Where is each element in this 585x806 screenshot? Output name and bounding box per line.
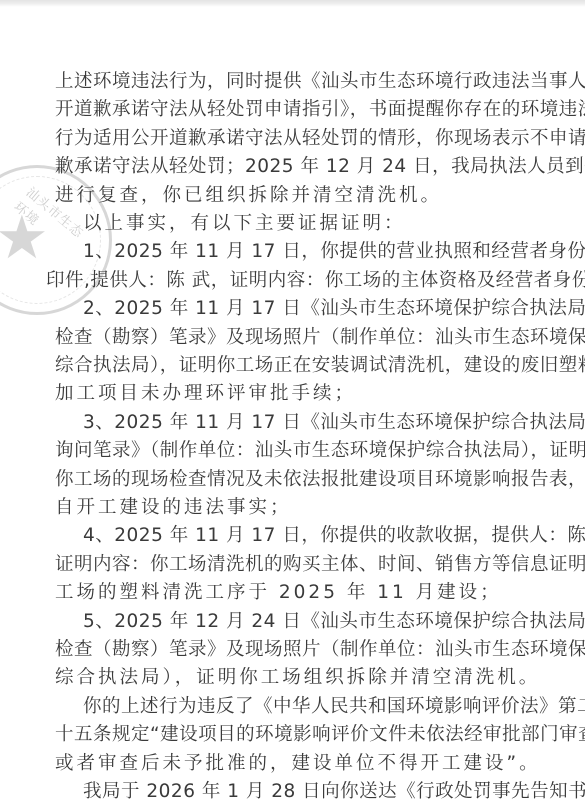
document-text-line: 印件,提供人：陈 武，证明内容：你工场的主体资格及经营者身份； [46, 267, 520, 295]
document-text-line: 综合执法局），证明你工场组织拆除并清空清洗机。 [55, 664, 520, 692]
document-text-line: 4、2025 年 11 月 17 日，你提供的收款收据，提供人：陈 武， [83, 522, 520, 550]
document-text-line: 询问笔录》（制作单位：汕头市生态环境保护综合执法局），证明 [55, 437, 520, 465]
document-text-line: 工场的塑料清洗工序于 2025 年 11 月建设； [55, 579, 520, 607]
document-text-line: 上述环境违法行为，同时提供《汕头市生态环境行政违法当事人公 [55, 68, 520, 96]
document-text-line: 综合执法局），证明你工场正在安装调试清洗机，建设的废旧塑料 [55, 352, 520, 380]
document-text-line: 2、2025 年 11 月 17 日《汕头市生态环境保护综合执法局现场 [83, 295, 520, 323]
document-text-line: 你工场的现场检查情况及未依法报批建设项目环境影响报告表，擅 [55, 466, 520, 494]
document-text-line: 开道歉承诺守法从轻处罚申请指引》，书面提醒你存在的环境违法 [55, 96, 520, 124]
document-text-line: 检查（勘察）笔录》及现场照片（制作单位：汕头市生态环境保护 [55, 324, 520, 352]
document-text-line: 自开工建设的违法事实； [55, 494, 520, 522]
document-text-line: 检查（勘察）笔录》及现场照片（制作单位：汕头市生态环境保护 [55, 636, 520, 664]
document-text-line: 行为适用公开道歉承诺守法从轻处罚的情形，你现场表示不申请道 [55, 125, 520, 153]
document-text-line: 3、2025 年 11 月 17 日《汕头市生态环境保护综合执法局调查 [83, 409, 520, 437]
document-text-line: 进行复查，你已组织拆除并清空清洗机。 [55, 182, 520, 210]
document-text-line: 或者审查后未予批准的，建设单位不得开工建设”。 [55, 750, 520, 778]
document-text-line: 证明内容：你工场清洗机的购买主体、时间、销售方等信息证明你 [55, 551, 520, 579]
document-text-line: 以上事实，有以下主要证据证明： [83, 210, 406, 238]
document-text-line: 你的上述行为违反了《中华人民共和国环境影响评价法》第二 [83, 693, 520, 721]
document-text-line: 歉承诺守法从轻处罚；2025 年 12 月 24 日，我局执法人员到你工场 [55, 153, 520, 181]
document-text-line: 十五条规定“建设项目的环境影响评价文件未依法经审批部门审查 [55, 721, 520, 749]
document-text-line: 我局于 2026 年 1 月 28 日向你送达《行政处罚事先告知书》（汕 [83, 778, 520, 806]
document-page: 上述环境违法行为，同时提供《汕头市生态环境行政违法当事人公开道歉承诺守法从轻处罚… [0, 0, 585, 806]
document-text-line: 5、2025 年 12 月 24 日《汕头市生态环境保护综合执法局现场 [83, 608, 520, 636]
document-text-line: 加工项目未办理环评审批手续； [55, 380, 520, 408]
document-text-line: 1、2025 年 11 月 17 日，你提供的营业执照和经营者身份证复 [83, 238, 520, 266]
